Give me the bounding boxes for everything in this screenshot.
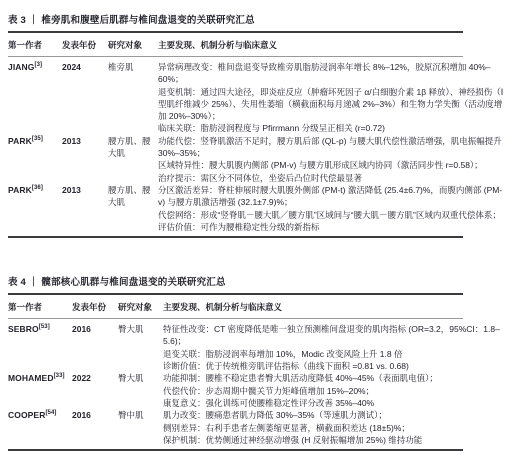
table-row: MOHAMED[33] 2022 臀大肌 功能抑制：腰椎不稳定患者臀大肌活动度降… (8, 372, 505, 409)
finding-item: 代偿网络：形成“竖脊肌－腰大肌／腰方肌”区域间与“腰大肌－腰方肌”区域内双重代偿… (158, 209, 505, 221)
finding-item: 退变关联：脂肪浸润率每增加 10%，Modic 改变风险上升 1.8 倍 (163, 348, 505, 360)
finding-item: 退变机制：通过四大途径，即炎症反应（肿瘤坏死因子 α/白细胞介素 1β 释放）、… (158, 86, 505, 123)
table4-title: 表 4 ｜ 髋部核心肌群与椎间盘退变的关联研究汇总 (8, 276, 505, 289)
author-cell: PARK[35] (8, 135, 62, 147)
findings-cell: 功能代偿：竖脊肌激活不足时，腰方肌后部 (QL-p) 与腰大肌代偿性激活增强，肌… (158, 135, 505, 184)
document-page: 表 3 ｜ 椎旁肌和腹壁后肌群与椎间盘退变的关联研究汇总 第一作者 发表年份 研… (0, 0, 513, 451)
table-row: JIANG[3] 2024 椎旁肌 异常病理改变：椎间盘退变导致椎旁肌脂肪浸润率… (8, 61, 505, 135)
table4-bottom-rule (8, 449, 463, 451)
table-row: COOPER[54] 2016 臀中肌 肌力改变：腰痛患者肌力降低 30%–35… (8, 409, 505, 446)
finding-item: 肌力改变：腰痛患者肌力降低 30%–35%（等速肌力测试）； (163, 409, 505, 421)
col-header-year: 发表年份 (72, 302, 118, 313)
subject-cell: 椎旁肌 (108, 61, 158, 73)
table3-bottom-rule (8, 236, 463, 238)
finding-item: 分区激活差异：脊柱伸展时腰大肌腹外侧部 (PM-t) 激活降低 (25.4±6.… (158, 184, 505, 209)
author-name: PARK (8, 136, 32, 146)
author-name: JIANG (8, 62, 34, 72)
col-header-year: 发表年份 (62, 40, 108, 51)
table4-header-row: 第一作者 发表年份 研究对象 主要发现、机制分析与临床意义 (8, 295, 505, 318)
finding-item: 功能抑制：腰椎不稳定患者臀大肌活动度降低 40%–45%（表面肌电值）； (163, 372, 505, 384)
finding-item: 代偿代价：步态周期中髋关节力矩峰值增加 15%–20%； (163, 385, 505, 397)
year-cell: 2024 (62, 61, 108, 73)
author-cell: SEBRO[53] (8, 323, 72, 335)
finding-item: 功能代偿：竖脊肌激活不足时，腰方肌后部 (QL-p) 与腰大肌代偿性激活增强，肌… (158, 135, 505, 160)
findings-cell: 分区激活差异：脊柱伸展时腰大肌腹外侧部 (PM-t) 激活降低 (25.4±6.… (158, 184, 505, 233)
citation-ref: [53] (39, 324, 50, 330)
table-4: 表 4 ｜ 髋部核心肌群与椎间盘退变的关联研究汇总 第一作者 发表年份 研究对象… (8, 276, 505, 451)
finding-item: 保护机制：优势侧通过神经驱动增强 (H 反射振幅增加 25%) 维持功能 (163, 434, 505, 446)
table4-body: SEBRO[53] 2016 臀大肌 特征性改变：CT 密度降低是唯一独立预测椎… (8, 319, 505, 449)
year-cell: 2016 (72, 323, 118, 335)
table-3: 表 3 ｜ 椎旁肌和腹壁后肌群与椎间盘退变的关联研究汇总 第一作者 发表年份 研… (8, 14, 505, 238)
author-name: MOHAMED (8, 373, 54, 383)
author-name: SEBRO (8, 324, 39, 334)
col-header-author: 第一作者 (8, 302, 72, 313)
citation-ref: [33] (54, 374, 65, 380)
year-cell: 2022 (72, 372, 118, 384)
findings-cell: 异常病理改变：椎间盘退变导致椎旁肌脂肪浸润率年增长 8%–12%，胶原沉积增加 … (158, 61, 505, 135)
findings-cell: 功能抑制：腰椎不稳定患者臀大肌活动度降低 40%–45%（表面肌电值）； 代偿代… (163, 372, 505, 409)
col-header-subject: 研究对象 (118, 302, 163, 313)
finding-item: 区域特异性：腰大肌腹内侧部 (PM-v) 与腰方肌形成区域内协同（激活同步性 r… (158, 159, 505, 171)
finding-item: 诊断价值：优于传统椎旁肌评估指标（曲线下面积 =0.81 vs. 0.68) (163, 360, 505, 372)
table-row: PARK[36] 2013 腰方肌、腰大肌 分区激活差异：脊柱伸展时腰大肌腹外侧… (8, 184, 505, 233)
table-row: PARK[35] 2013 腰方肌、腰大肌 功能代偿：竖脊肌激活不足时，腰方肌后… (8, 135, 505, 184)
subject-cell: 臀大肌 (118, 372, 163, 384)
finding-item: 康复意义：强化训练可使腰椎稳定性评分改善 35%–40% (163, 397, 505, 409)
finding-item: 评估价值：可作为腰椎稳定性分级的新指标 (158, 221, 505, 233)
subject-cell: 臀中肌 (118, 409, 163, 421)
author-name: COOPER (8, 410, 45, 420)
year-cell: 2013 (62, 184, 108, 196)
table-row: SEBRO[53] 2016 臀大肌 特征性改变：CT 密度降低是唯一独立预测椎… (8, 323, 505, 372)
author-cell: JIANG[3] (8, 61, 62, 73)
table3-body: JIANG[3] 2024 椎旁肌 异常病理改变：椎间盘退变导致椎旁肌脂肪浸润率… (8, 57, 505, 236)
col-header-author: 第一作者 (8, 40, 62, 51)
author-cell: PARK[36] (8, 184, 62, 196)
finding-item: 侧别差异：右利手患者左侧萎缩更显著，横截面积差达 (18±5)%； (163, 422, 505, 434)
table3-header-row: 第一作者 发表年份 研究对象 主要发现、机制分析与临床意义 (8, 33, 505, 56)
author-cell: MOHAMED[33] (8, 372, 72, 384)
year-cell: 2013 (62, 135, 108, 147)
citation-ref: [36] (32, 185, 43, 191)
author-cell: COOPER[54] (8, 409, 72, 421)
citation-ref: [3] (34, 62, 42, 68)
citation-ref: [35] (32, 136, 43, 142)
findings-cell: 肌力改变：腰痛患者肌力降低 30%–35%（等速肌力测试）； 侧别差异：右利手患… (163, 409, 505, 446)
table3-title: 表 3 ｜ 椎旁肌和腹壁后肌群与椎间盘退变的关联研究汇总 (8, 14, 505, 27)
findings-cell: 特征性改变：CT 密度降低是唯一独立预测椎间盘退变的肌肉指标 (OR=3.2，9… (163, 323, 505, 372)
finding-item: 临床关联：脂肪浸润程度与 Pfirrmann 分级呈正相关 (r=0.72) (158, 122, 505, 134)
col-header-findings: 主要发现、机制分析与临床意义 (163, 302, 505, 313)
year-cell: 2016 (72, 409, 118, 421)
subject-cell: 腰方肌、腰大肌 (108, 135, 158, 160)
citation-ref: [54] (45, 410, 56, 416)
finding-item: 特征性改变：CT 密度降低是唯一独立预测椎间盘退变的肌肉指标 (OR=3.2，9… (163, 323, 505, 348)
col-header-findings: 主要发现、机制分析与临床意义 (158, 40, 505, 51)
subject-cell: 臀大肌 (118, 323, 163, 335)
col-header-subject: 研究对象 (108, 40, 158, 51)
finding-item: 异常病理改变：椎间盘退变导致椎旁肌脂肪浸润率年增长 8%–12%，胶原沉积增加 … (158, 61, 505, 86)
finding-item: 治疗提示：需区分不同体位，坐姿后凸位时代偿最显著 (158, 172, 505, 184)
author-name: PARK (8, 185, 32, 195)
subject-cell: 腰方肌、腰大肌 (108, 184, 158, 209)
